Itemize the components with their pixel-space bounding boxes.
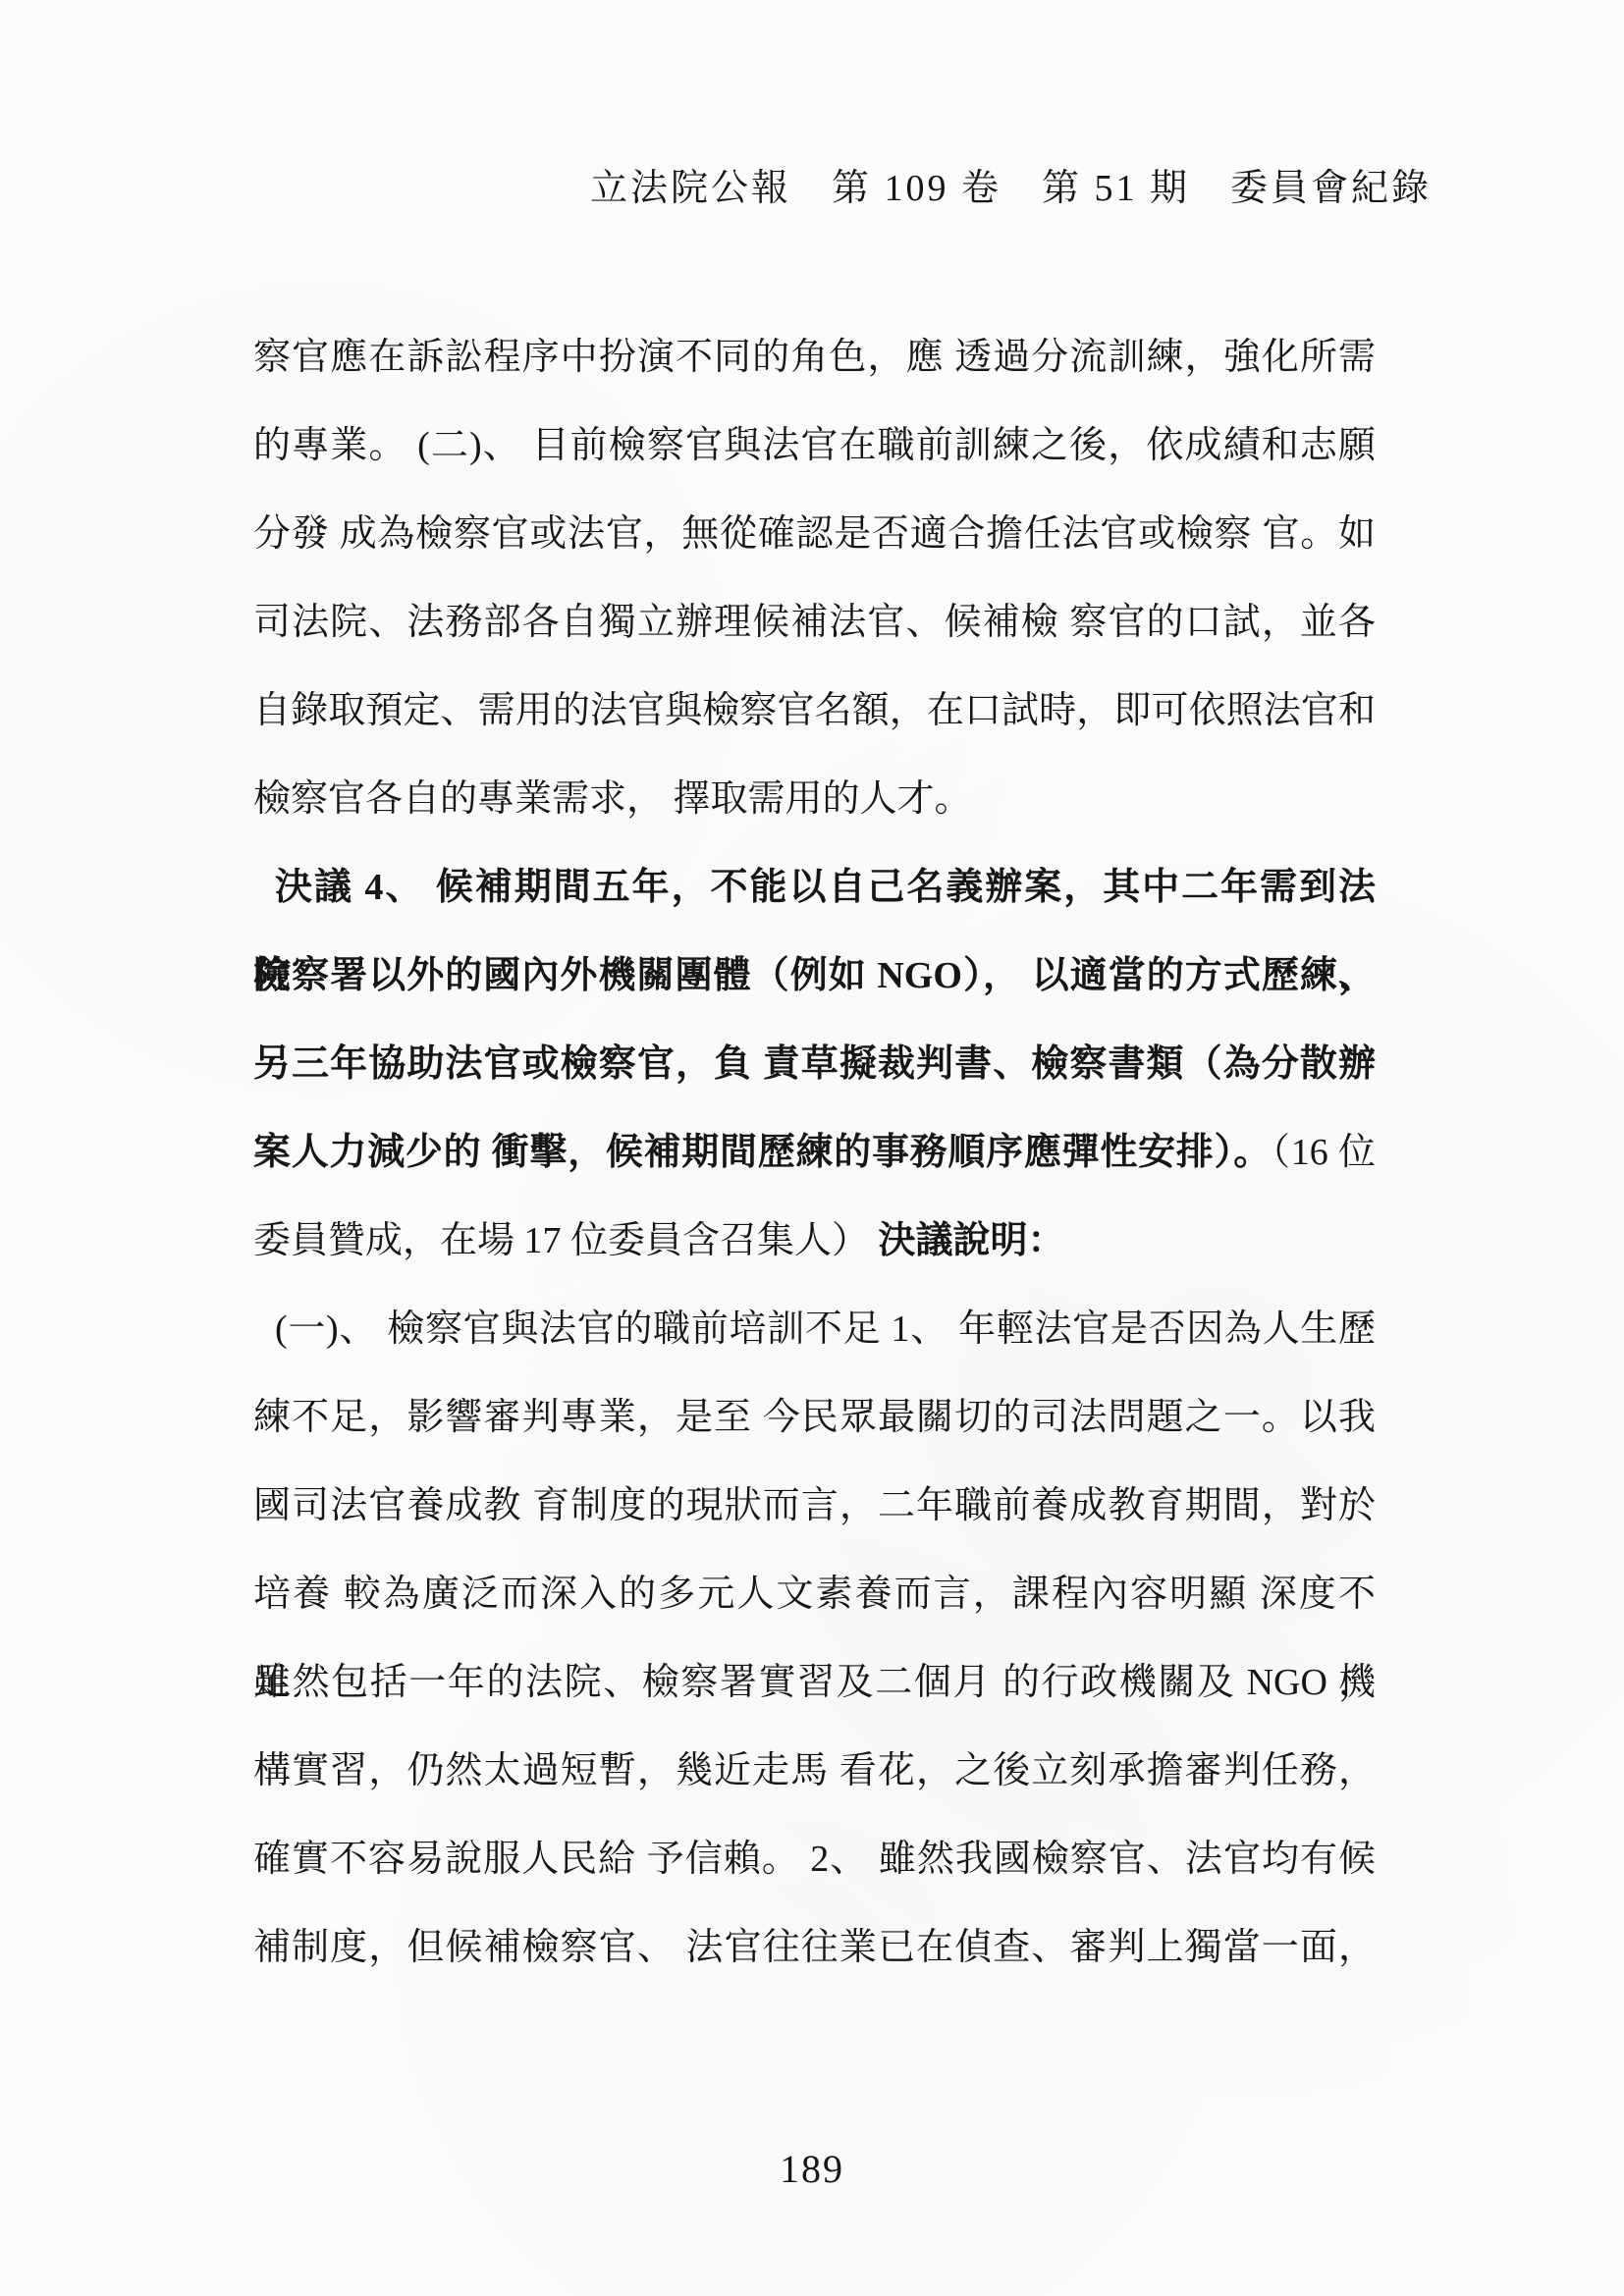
- resolution-line: 案人力減少的 衝擊，候補期間歷練的事務順序應彈性安排）。（16 位: [253, 1108, 1376, 1197]
- body-text: 察官應在訴訟程序中扮演不同的角色，應 透過分流訓練，強化所需: [253, 337, 1376, 378]
- document-body: 察官應在訴訟程序中扮演不同的角色，應 透過分流訓練，強化所需 的專業。 (二)、…: [253, 313, 1376, 1992]
- body-line: 的專業。 (二)、 目前檢察官與法官在職前訓練之後，依成績和志願: [253, 401, 1376, 490]
- body-line: 構實習，仍然太過短暫，幾近走馬 看花，之後立刻承擔審判任務，: [253, 1727, 1376, 1815]
- body-text: 分發 成為檢察官或法官，無從確認是否適合擔任法官或檢察 官。如: [253, 513, 1376, 555]
- body-text: 自錄取預定、需用的法官與檢察官名額，在口試時，即可依照法官和: [253, 690, 1376, 731]
- body-text: 雖然包括一年的法院、檢察署實習及二個月 的行政機關及 NGO 機: [253, 1662, 1376, 1703]
- body-text: 國司法官養成教 育制度的現狀而言，二年職前養成教育期間，對於: [253, 1485, 1376, 1526]
- gazette-header-title: 立法院公報 第 109 卷 第 51 期 委員會紀錄: [590, 165, 1432, 212]
- page-number: 189: [0, 2146, 1624, 2192]
- body-line: 確實不容易說服人民給 予信賴。 2、 雖然我國檢察官、法官均有候: [253, 1815, 1376, 1903]
- body-line: 自錄取預定、需用的法官與檢察官名額，在口試時，即可依照法官和: [253, 667, 1376, 755]
- body-line: 分發 成為檢察官或法官，無從確認是否適合擔任法官或檢察 官。如: [253, 490, 1376, 578]
- body-line: 察官應在訴訟程序中扮演不同的角色，應 透過分流訓練，強化所需: [253, 313, 1376, 401]
- resolution-line: 決議 4、 候補期間五年，不能以自己名義辦案，其中二年需到法院、: [253, 843, 1376, 932]
- body-line: 國司法官養成教 育制度的現狀而言，二年職前養成教育期間，對於: [253, 1462, 1376, 1550]
- resolution-text-bold: 另三年協助法官或檢察官，負 責草擬裁判書、檢察書類（為分散辦: [253, 1043, 1376, 1085]
- body-line: 練不足，影響審判專業，是至 今民眾最關切的司法問題之一。以我: [253, 1373, 1376, 1462]
- body-text: 司法院、法務部各自獨立辦理候補法官、候補檢 察官的口試，並各: [253, 602, 1376, 643]
- body-text: 確實不容易說服人民給 予信賴。 2、 雖然我國檢察官、法官均有候: [253, 1839, 1376, 1880]
- body-line: 檢察官各自的專業需求， 擇取需用的人才。: [253, 755, 1376, 843]
- body-line: 補制度，但候補檢察官、 法官往往業已在偵查、審判上獨當一面，: [253, 1903, 1376, 1992]
- body-line: (一)、 檢察官與法官的職前培訓不足 1、 年輕法官是否因為人生歷: [253, 1285, 1376, 1373]
- body-text: 練不足，影響審判專業，是至 今民眾最關切的司法問題之一。以我: [253, 1397, 1376, 1438]
- resolution-text-bold: 案人力減少的 衝擊，候補期間歷練的事務順序應彈性安排）。: [253, 1132, 1272, 1173]
- body-line: 培養 較為廣泛而深入的多元人文素養而言，課程內容明顯 深度不足，: [253, 1550, 1376, 1638]
- body-text: 補制度，但候補檢察官、 法官往往業已在偵查、審判上獨當一面，: [253, 1927, 1376, 1968]
- body-line: 雖然包括一年的法院、檢察署實習及二個月 的行政機關及 NGO 機: [253, 1638, 1376, 1727]
- body-text: 構實習，仍然太過短暫，幾近走馬 看花，之後立刻承擔審判任務，: [253, 1750, 1376, 1791]
- resolution-line: 另三年協助法官或檢察官，負 責草擬裁判書、檢察書類（為分散辦: [253, 1020, 1376, 1108]
- body-line: 司法院、法務部各自獨立辦理候補法官、候補檢 察官的口試，並各: [253, 578, 1376, 667]
- body-text: (一)、 檢察官與法官的職前培訓不足 1、 年輕法官是否因為人生歷: [275, 1308, 1376, 1350]
- document-page: 立法院公報 第 109 卷 第 51 期 委員會紀錄 察官應在訴訟程序中扮演不同…: [0, 0, 1624, 2296]
- body-line: 委員贊成，在場 17 位委員含召集人） 決議說明：: [253, 1197, 1376, 1285]
- body-text: （16 位: [1272, 1132, 1376, 1173]
- resolution-line: 檢察署以外的國內外機關團體（例如 NGO）， 以適當的方式歷練，: [253, 932, 1376, 1020]
- body-text: 委員贊成，在場 17 位委員含召集人）: [253, 1220, 879, 1261]
- resolution-text-bold: 檢察署以外的國內外機關團體（例如 NGO）， 以適當的方式歷練，: [253, 955, 1376, 996]
- body-text: 的專業。 (二)、 目前檢察官與法官在職前訓練之後，依成績和志願: [253, 425, 1376, 466]
- body-text: 檢察官各自的專業需求， 擇取需用的人才。: [253, 778, 972, 820]
- resolution-label-bold: 決議說明：: [879, 1220, 1065, 1261]
